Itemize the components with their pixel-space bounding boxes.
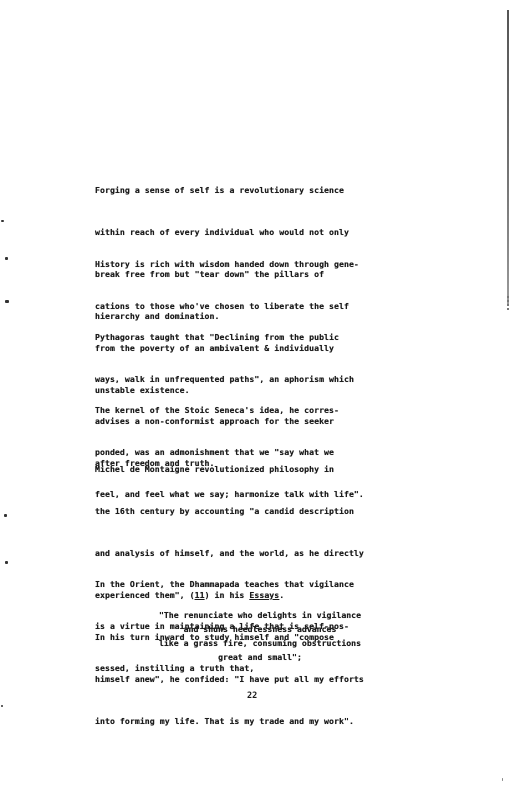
scan-edge-line xyxy=(507,10,509,305)
scan-speck xyxy=(4,514,7,517)
scan-speck xyxy=(5,257,8,260)
block-quote-dhammapada: "The renunciate who delights in vigilanc… xyxy=(100,608,420,664)
scan-speck xyxy=(5,561,8,564)
scan-speck xyxy=(1,705,3,707)
scan-edge-dots xyxy=(507,296,509,310)
scanned-page: Forging a sense of self is a revolutiona… xyxy=(0,0,523,809)
scan-speck xyxy=(502,778,503,781)
scan-speck xyxy=(1,220,4,222)
page-number: 22 xyxy=(247,691,257,701)
scan-speck xyxy=(5,300,9,303)
